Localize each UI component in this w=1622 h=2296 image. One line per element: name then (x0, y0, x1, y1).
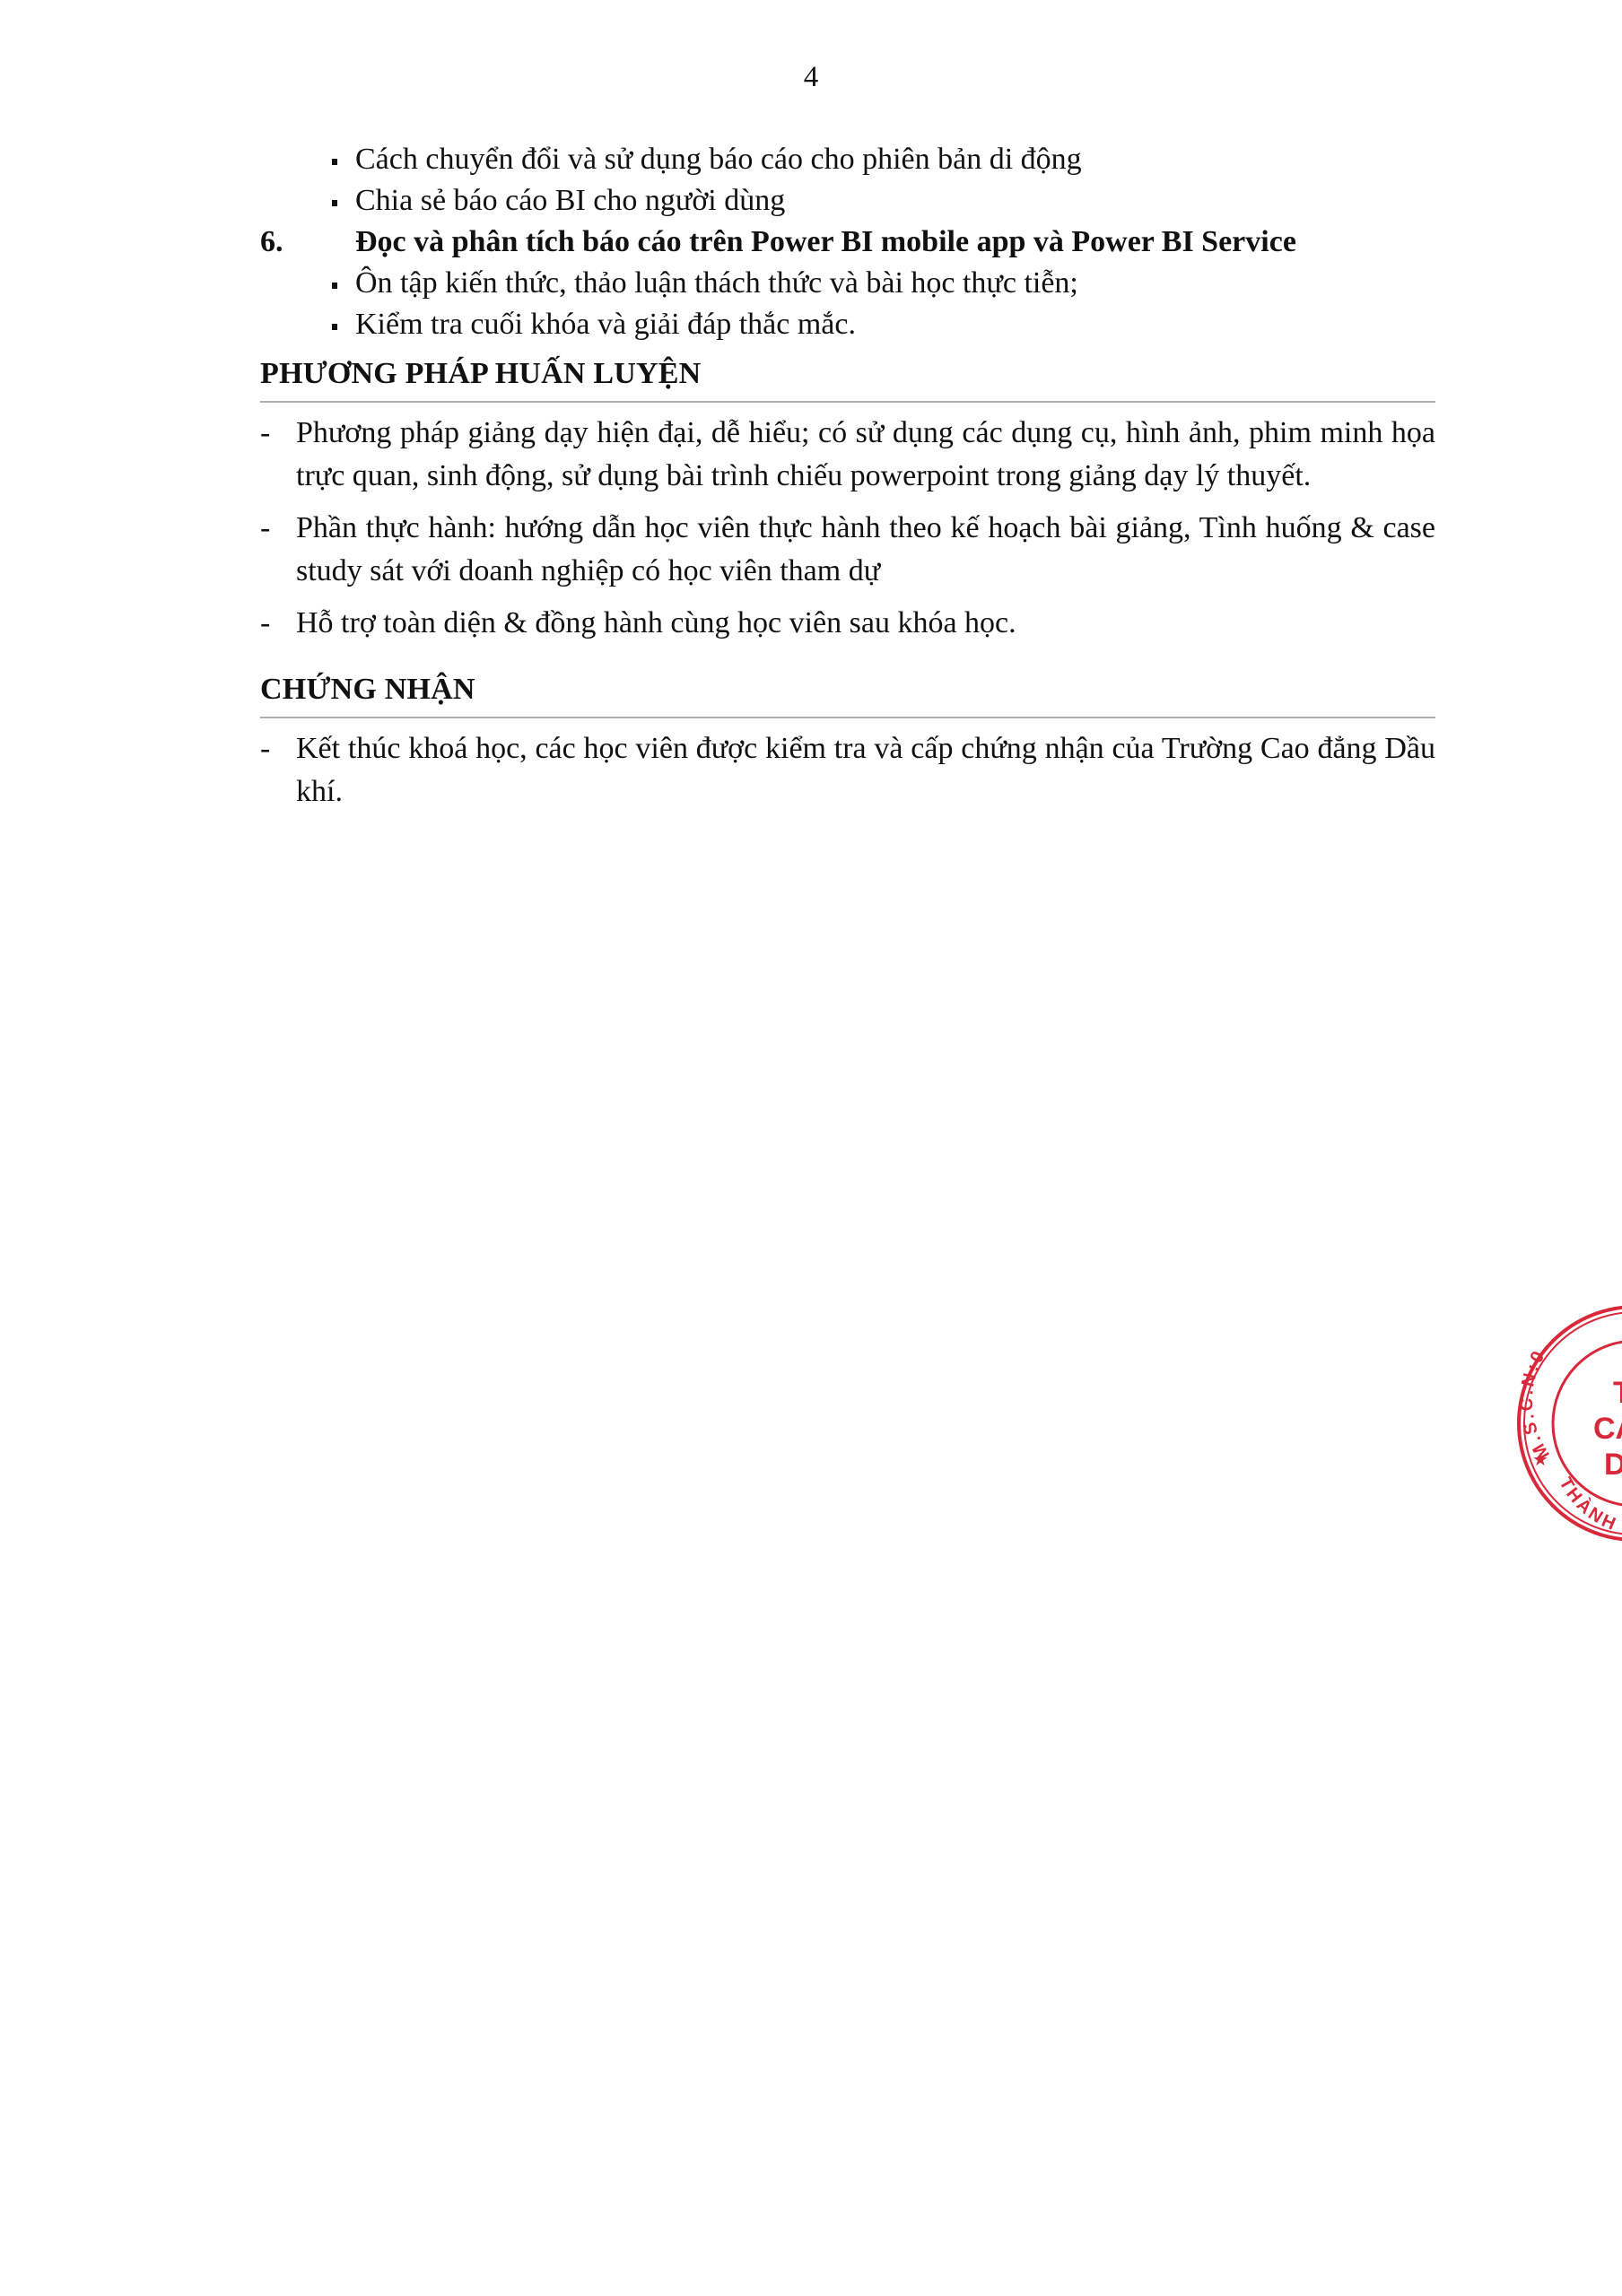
list-item-text: Kết thúc khoá học, các học viên được kiể… (296, 732, 1435, 808)
list-item: - Kết thúc khoá học, các học viên được k… (260, 727, 1435, 813)
list-item-text: Ôn tập kiến thức, thảo luận thách thức v… (355, 266, 1078, 300)
list-item: Kiểm tra cuối khóa và giải đáp thắc mắc. (260, 304, 1435, 345)
list-item-text: Chia sẻ báo cáo BI cho người dùng (355, 184, 785, 217)
list-item-text: Kiểm tra cuối khóa và giải đáp thắc mắc. (355, 308, 856, 341)
section-divider (260, 717, 1435, 718)
list-item-text: Cách chuyển đổi và sử dụng báo cáo cho p… (355, 143, 1082, 176)
dash-bullet: - (260, 602, 270, 645)
list-item: Ôn tập kiến thức, thảo luận thách thức v… (260, 263, 1435, 304)
module-heading: 6. Đọc và phân tích báo cáo trên Power B… (260, 222, 1435, 263)
list-item: Cách chuyển đổi và sử dụng báo cáo cho p… (260, 139, 1435, 180)
list-item: Chia sẻ báo cáo BI cho người dùng (260, 180, 1435, 222)
stamp-inner-line: DÂ (1604, 1448, 1622, 1482)
stamp-inner-line: CAO (1593, 1412, 1622, 1446)
stamp-inner-line: TR (1613, 1376, 1622, 1410)
page-number: 4 (0, 59, 1622, 95)
list-item-text: Phần thực hành: hướng dẫn học viên thực … (296, 511, 1435, 587)
dash-bullet: - (260, 727, 270, 770)
square-bullet-icon (332, 283, 337, 289)
list-item: - Phần thực hành: hướng dẫn học viên thự… (260, 507, 1435, 593)
section-heading-certificate: CHỨNG NHẬN (260, 670, 1435, 709)
square-bullet-icon (332, 200, 337, 206)
section-heading-methods: PHƯƠNG PHÁP HUẤN LUYỆN (260, 354, 1435, 394)
square-bullet-icon (332, 159, 337, 165)
list-item-text: Hỗ trợ toàn diện & đồng hành cùng học vi… (296, 606, 1016, 639)
list-item: - Hỗ trợ toàn diện & đồng hành cùng học … (260, 602, 1435, 645)
square-bullet-icon (332, 324, 337, 330)
section-divider (260, 401, 1435, 403)
list-item: - Phương pháp giảng dạy hiện đại, dễ hiể… (260, 412, 1435, 498)
document-body: Cách chuyển đổi và sử dụng báo cáo cho p… (260, 139, 1435, 822)
list-item-text: Phương pháp giảng dạy hiện đại, dễ hiểu;… (296, 416, 1435, 492)
stamp-star-icon: ★ (1532, 1450, 1548, 1470)
dash-bullet: - (260, 412, 270, 455)
module-title: Đọc và phân tích báo cáo trên Power BI m… (355, 225, 1296, 258)
module-number: 6. (260, 222, 283, 263)
official-stamp: M.S.C.N:0 THÀNH PH ★ TR CAO DÂ (1514, 1302, 1622, 1544)
dash-bullet: - (260, 507, 270, 550)
